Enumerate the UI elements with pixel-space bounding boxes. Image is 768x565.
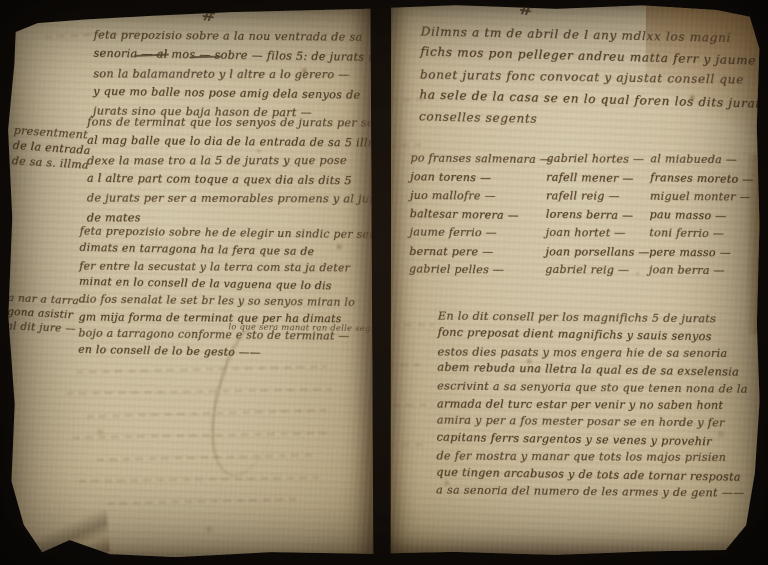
notarial-hash-mark-right: # — [518, 3, 535, 20]
bleedthrough-line — [67, 388, 332, 395]
councillor-name: franses moreto — — [650, 168, 754, 189]
councillor-name: al miabueda — — [650, 150, 754, 170]
councillor-name: gabriel reig — — [545, 261, 649, 281]
bleedthrough-line — [97, 453, 317, 461]
manuscript-line: son la balamandreto y l altre a lo gerer… — [93, 64, 373, 84]
bleedthrough-line — [394, 403, 434, 407]
councillor-name: rafell mener — — [546, 168, 650, 188]
councillor-name: po franses salmenara — — [410, 149, 551, 169]
bleedthrough-line — [73, 431, 328, 439]
damaged-corner-fold — [12, 510, 110, 558]
councillor-name: toni ferrio — — [649, 224, 753, 244]
manuscript-line: fons de terminat que los senyos de jurat… — [87, 113, 373, 133]
bleedthrough-line — [388, 363, 426, 366]
councillor-name: gabriel hortes — — [546, 150, 650, 170]
councillor-name: rafell reig — — [546, 187, 650, 206]
manuscript-photo: # feta prepozisio sobre a la nou ventrad… — [0, 0, 768, 565]
councillor-name: bernat pere — — [409, 242, 550, 261]
councillor-name: gabriel pelles — — [409, 260, 550, 280]
bleedthrough-line — [389, 443, 423, 446]
councillor-names-column-2: gabriel hortes — rafell mener — rafell r… — [545, 150, 651, 281]
bleedthrough-line — [391, 98, 431, 102]
councillor-name: joan hortet — — [545, 224, 649, 244]
councillor-name: lorens berra — — [546, 205, 650, 225]
manuscript-line: armada del turc estar per venir y no sab… — [437, 395, 748, 414]
left-paragraph-proposicio-entrada: feta prepozisio sobre a la nou ventrada … — [93, 25, 374, 122]
bleedthrough-line — [107, 498, 297, 505]
councillor-name: juo mallofre — — [410, 187, 551, 206]
councillor-name: jaume ferrio — — [409, 223, 550, 243]
councillor-name: joan porsellans — — [545, 243, 649, 262]
notarial-hash-mark-left: # — [200, 7, 217, 27]
margin-note-line: al dit jure — — [6, 319, 89, 336]
bleedthrough-line — [79, 476, 319, 482]
left-page: # feta prepozisio sobre a la nou ventrad… — [5, 7, 374, 558]
foxing-spots — [389, 3, 392, 6]
councillor-names-column-3: al miabueda — franses moreto — miguel mo… — [649, 150, 754, 281]
right-page: # Dilmns a tm de abril de l any mdlxx lo… — [387, 3, 761, 555]
left-paragraph-determinat-balle: fons de terminat que los senyos de jurat… — [87, 113, 374, 228]
manuscript-line: al mag balle que lo dia de la entrada de… — [87, 131, 374, 153]
foxing-spots — [5, 9, 8, 12]
left-paragraph-sindic-tarragona: feta prepozisio sobre he de elegir un si… — [78, 223, 373, 363]
manuscript-line: a l altre part com toque a quex dia als … — [87, 169, 374, 191]
bleedthrough-line — [388, 143, 424, 147]
bleedthrough-line — [87, 409, 327, 418]
council-resolution-paragraph: En lo dit consell per los magnifichs 5 d… — [436, 308, 749, 503]
councillor-name: joan torens — — [410, 167, 551, 188]
bleedthrough-line — [392, 323, 434, 327]
councillor-name: joan berra — — [649, 261, 753, 281]
manuscript-line: de jurats per ser a memorables promens y… — [87, 189, 374, 209]
councillor-name: pere masso — — [649, 243, 753, 262]
margin-note-entrada: presentment de la entrada de sa s. illma — [11, 123, 92, 173]
margin-note-line: de sa s. illma — [11, 153, 90, 173]
council-record-heading: Dilmns a tm de abril de l any mdlxx los … — [419, 21, 761, 135]
bleedthrough-line — [76, 365, 326, 374]
councillor-names-column-1: po franses salmenara — joan torens — juo… — [409, 149, 551, 280]
manuscript-line: dexe la mase tro a la 5 de jurats y que … — [87, 151, 374, 171]
councillor-name: baltesar morera — — [409, 204, 550, 225]
councillor-name: miguel monter — — [650, 188, 754, 207]
councillor-name: pau masso — — [649, 205, 753, 226]
